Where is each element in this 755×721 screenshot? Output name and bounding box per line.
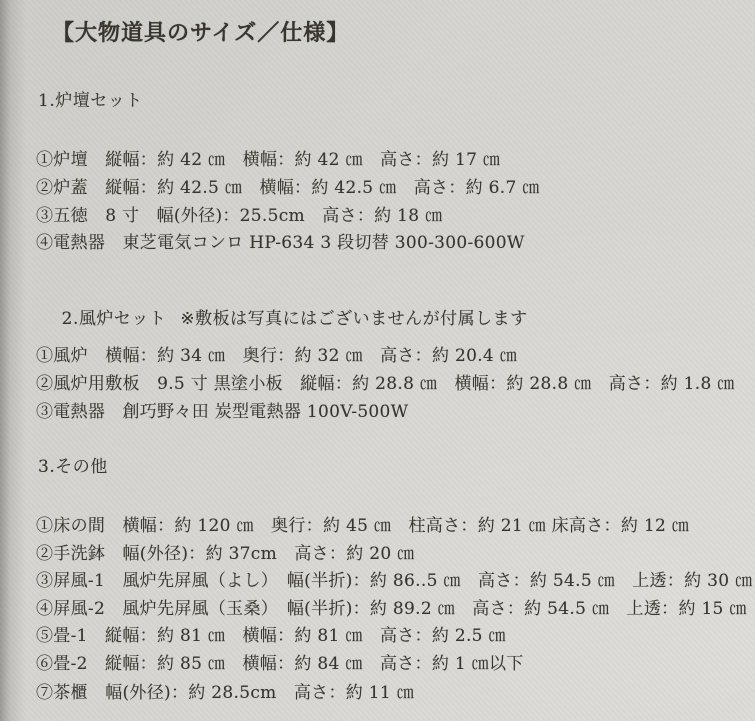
spec-line-byobu-2: ④屏風-2 風炉先屏風（玉桑） 幅(半折)：約 89.2 ㎝ 高さ：約 54.5… — [36, 594, 747, 619]
spec-line-tearaibachi: ②手洗鉢 幅(外径)：約 37cm 高さ：約 20 ㎝ — [36, 539, 414, 564]
section-heading-furo-set: 2.風炉セット※敷板は写真にはございませんが付属します — [38, 284, 528, 349]
page-title: 【大物道具のサイズ／仕様】 — [52, 16, 349, 47]
spec-line-gotoku: ③五徳 8 寸 幅(外径)：25.5cm 高さ：約 18 ㎝ — [36, 201, 442, 226]
section-heading-sonota: 3.その他 — [38, 452, 108, 477]
spec-line-rofuta: ②炉蓋 縦幅：約 42.5 ㎝ 横幅：約 42.5 ㎝ 高さ：約 6.7 ㎝ — [36, 173, 540, 198]
spec-line-tokonoma: ①床の間 横幅：約 120 ㎝ 奥行：約 45 ㎝ 柱高さ：約 21 ㎝ 床高さ… — [36, 511, 689, 536]
spec-line-tatami-1: ⑤畳-1 縦幅：約 81 ㎝ 横幅：約 81 ㎝ 高さ：約 2.5 ㎝ — [36, 621, 506, 646]
document-page: 【大物道具のサイズ／仕様】 1.炉壇セット ①炉壇 縦幅：約 42 ㎝ 横幅：約… — [0, 0, 755, 721]
spec-line-rodan: ①炉壇 縦幅：約 42 ㎝ 横幅：約 42 ㎝ 高さ：約 17 ㎝ — [36, 145, 500, 170]
section-heading-rodan-set: 1.炉壇セット — [38, 86, 143, 111]
spec-line-furo-shikiita: ②風炉用敷板 9.5 寸 黒塗小板 縦幅：約 28.8 ㎝ 横幅：約 28.8 … — [36, 369, 735, 394]
spec-line-chabitsu: ⑦茶櫃 幅(外径)：約 28.5cm 高さ：約 11 ㎝ — [36, 678, 414, 703]
spec-line-byobu-1: ③屏風-1 風炉先屏風（よし） 幅(半折)：約 86..5 ㎝ 高さ：約 54.… — [36, 566, 752, 591]
spec-line-tatami-2: ⑥畳-2 縦幅：約 85 ㎝ 横幅：約 84 ㎝ 高さ：約 1 ㎝以下 — [36, 649, 524, 674]
spec-line-furo: ①風炉 横幅：約 34 ㎝ 奥行：約 32 ㎝ 高さ：約 20.4 ㎝ — [36, 341, 517, 366]
section-heading-furo-note: ※敷板は写真にはございませんが付属します — [180, 309, 527, 329]
spec-line-dennetsuki-1: ④電熱器 東芝電気コンロ HP-634 3 段切替 300-300-600W — [36, 228, 525, 253]
section-heading-furo-set-label: 2.風炉セット — [62, 309, 167, 329]
spec-line-dennetsuki-2: ③電熱器 創巧野々田 炭型電熱器 100V-500W — [36, 397, 408, 422]
